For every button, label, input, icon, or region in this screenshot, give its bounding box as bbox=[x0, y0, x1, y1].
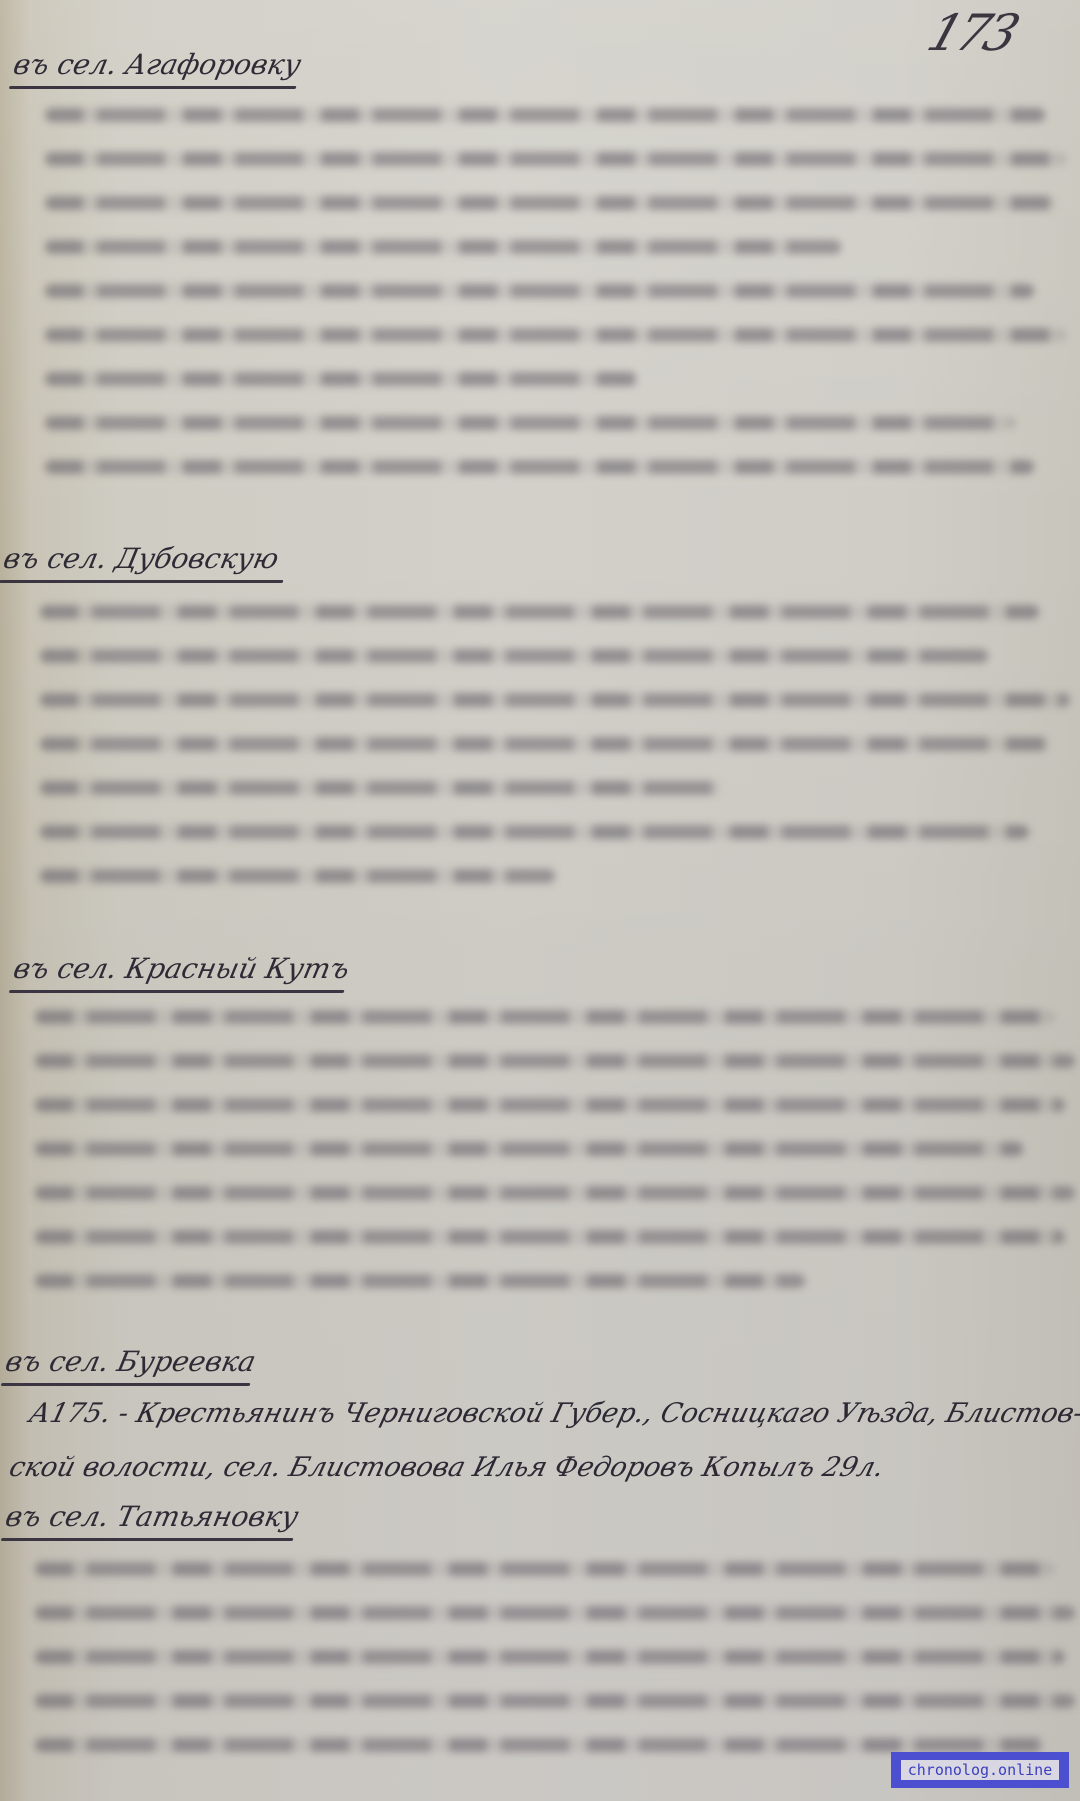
heading-underline bbox=[0, 580, 284, 583]
section-heading-text: въ сел. Татьяновку bbox=[2, 1500, 301, 1533]
watermark-badge: chronolog.online bbox=[891, 1752, 1069, 1788]
watermark-text: chronolog.online bbox=[901, 1760, 1059, 1780]
blurred-entries-5 bbox=[35, 1562, 1075, 1782]
section-heading-5: въ сел. Татьяновку bbox=[2, 1500, 301, 1533]
entry-line-1: А175. - Крестьянинъ Черниговской Губер.,… bbox=[26, 1398, 1080, 1429]
section-heading-text: въ сел. Дубовскую bbox=[0, 542, 281, 575]
blurred-entries-3 bbox=[35, 1010, 1075, 1318]
section-heading-3: въ сел. Красный Кутъ bbox=[10, 952, 352, 985]
heading-underline bbox=[1, 1383, 251, 1386]
heading-underline bbox=[9, 990, 345, 993]
section-heading-text: въ сел. Красный Кутъ bbox=[10, 952, 352, 985]
section-heading-2: въ сел. Дубовскую bbox=[0, 542, 281, 575]
heading-underline bbox=[1, 1538, 294, 1541]
page-number: 173 bbox=[921, 4, 1023, 62]
blurred-entries-2 bbox=[40, 605, 1070, 913]
section-heading-4: въ сел. Буреевка bbox=[2, 1345, 258, 1378]
blurred-entries-1 bbox=[45, 108, 1065, 504]
section-heading-text: въ сел. Агафоровку bbox=[10, 48, 304, 81]
section-heading-text: въ сел. Буреевка bbox=[2, 1345, 258, 1378]
heading-underline bbox=[9, 86, 296, 89]
section-heading-1: въ сел. Агафоровку bbox=[10, 48, 304, 81]
entry-line-2: ской волости, сел. Блистовова Илья Федор… bbox=[6, 1452, 887, 1483]
